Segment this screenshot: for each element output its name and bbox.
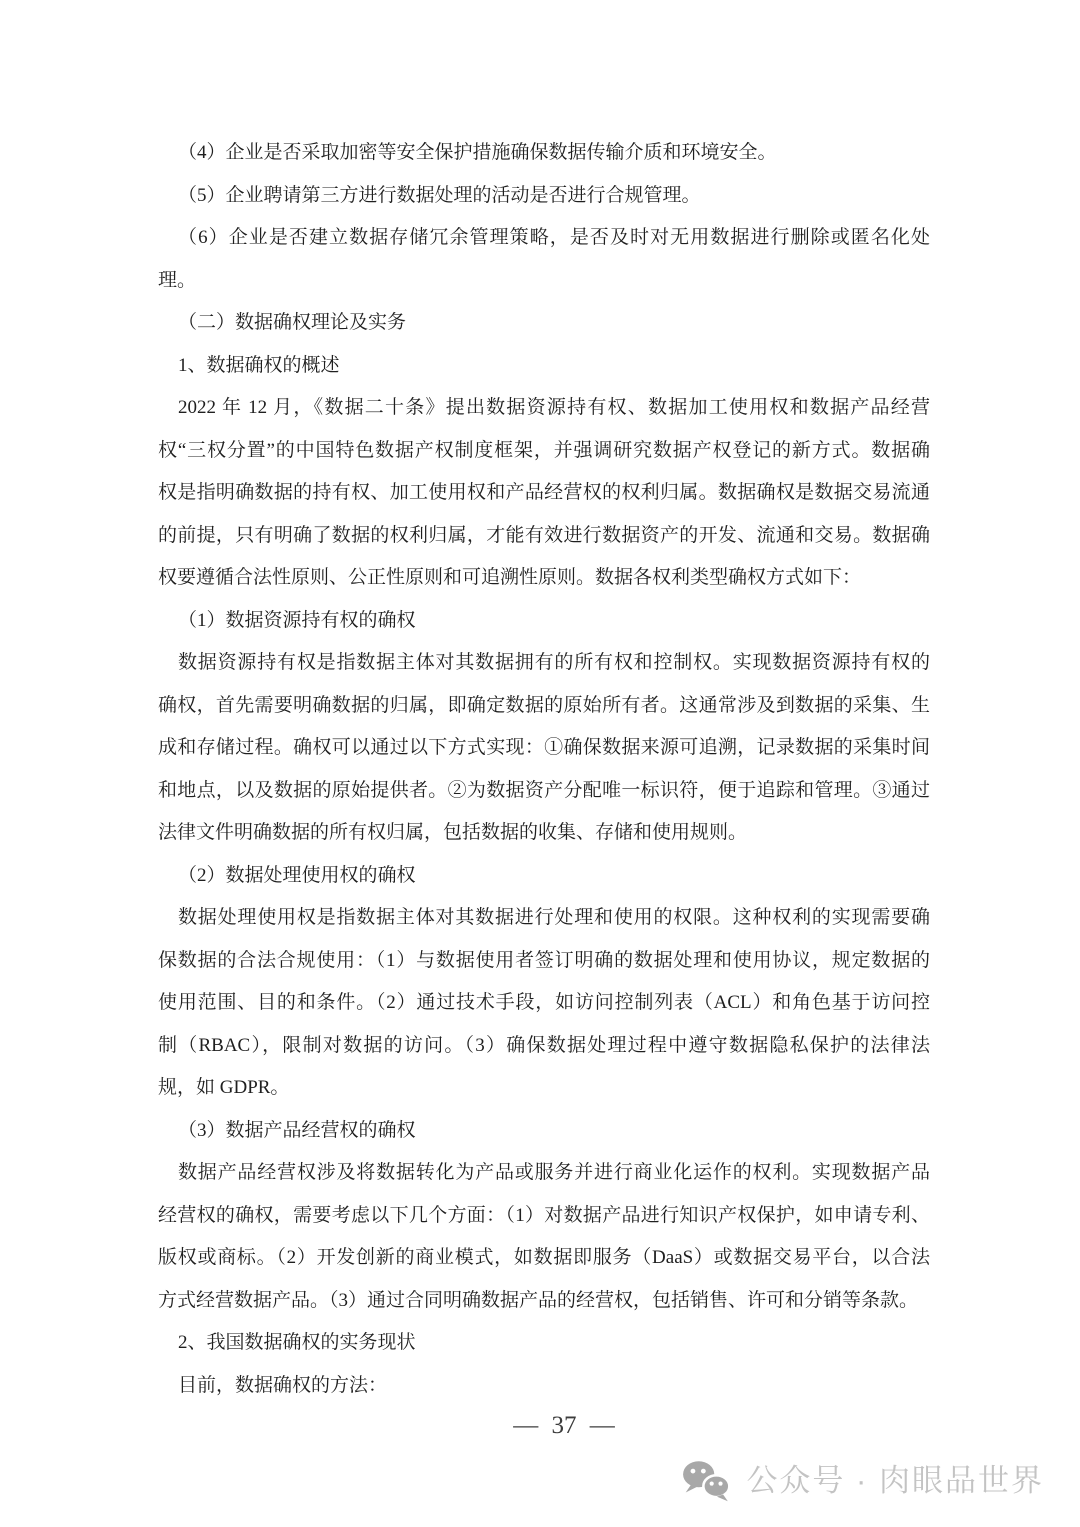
text-line: 保数据的合法合规使用：（1）与数据使用者签订明确的数据处理和使用协议，规定数据的 bbox=[158, 940, 930, 983]
text-line: （6）企业是否建立数据存储冗余管理策略，是否及时对无用数据进行删除或匿名化处 bbox=[158, 217, 930, 260]
text-line: 2022 年 12 月，《数据二十条》提出数据资源持有权、数据加工使用权和数据产… bbox=[158, 387, 930, 430]
watermark-text: 公众号 · 肉眼品世界 bbox=[746, 1459, 1044, 1503]
text-line: （二）数据确权理论及实务 bbox=[158, 302, 930, 345]
text-line: 权“三权分置”的中国特色数据产权制度框架，并强调研究数据产权登记的新方式。数据确 bbox=[158, 430, 930, 473]
text-line: （2）数据处理使用权的确权 bbox=[158, 855, 930, 898]
text-line: （5）企业聘请第三方进行数据处理的活动是否进行合规管理。 bbox=[158, 175, 930, 218]
text-line: 数据处理使用权是指数据主体对其数据进行处理和使用的权限。这种权利的实现需要确 bbox=[158, 897, 930, 940]
text-line: 的前提，只有明确了数据的权利归属，才能有效进行数据资产的开发、流通和交易。数据确 bbox=[158, 515, 930, 558]
text-line: 权是指明确数据的持有权、加工使用权和产品经营权的权利归属。数据确权是数据交易流通 bbox=[158, 472, 930, 515]
text-line: 版权或商标。（2）开发创新的商业模式，如数据即服务（DaaS）或数据交易平台，以… bbox=[158, 1237, 930, 1280]
text-line: 经营权的确权，需要考虑以下几个方面：（1）对数据产品进行知识产权保护，如申请专利… bbox=[158, 1195, 930, 1238]
text-line: （4）企业是否采取加密等安全保护措施确保数据传输介质和环境安全。 bbox=[158, 132, 930, 175]
text-line: 制（RBAC），限制对数据的访问。（3）确保数据处理过程中遵守数据隐私保护的法律… bbox=[158, 1025, 930, 1068]
text-line: 权要遵循合法性原则、公正性原则和可追溯性原则。数据各权利类型确权方式如下： bbox=[158, 557, 930, 600]
text-line: 目前，数据确权的方法： bbox=[158, 1365, 930, 1408]
text-line: 确权，首先需要明确数据的归属，即确定数据的原始所有者。这通常涉及到数据的采集、生 bbox=[158, 685, 930, 728]
wechat-icon bbox=[681, 1459, 733, 1503]
text-line: 数据产品经营权涉及将数据转化为产品或服务并进行商业化运作的权利。实现数据产品 bbox=[158, 1152, 930, 1195]
text-line: 2、我国数据确权的实务现状 bbox=[158, 1322, 930, 1365]
text-line: 理。 bbox=[158, 260, 930, 303]
page-number: — 37 — bbox=[178, 1405, 950, 1448]
text-line: 成和存储过程。确权可以通过以下方式实现：①确保数据来源可追溯，记录数据的采集时间 bbox=[158, 727, 930, 770]
text-line: （1）数据资源持有权的确权 bbox=[158, 600, 930, 643]
text-line: 使用范围、目的和条件。（2）通过技术手段，如访问控制列表（ACL）和角色基于访问… bbox=[158, 982, 930, 1025]
watermark: 公众号 · 肉眼品世界 bbox=[681, 1459, 1044, 1503]
text-line: 和地点，以及数据的原始提供者。②为数据资产分配唯一标识符，便于追踪和管理。③通过 bbox=[158, 770, 930, 813]
text-line: 规，如 GDPR。 bbox=[158, 1067, 930, 1110]
text-line: 数据资源持有权是指数据主体对其数据拥有的所有权和控制权。实现数据资源持有权的 bbox=[158, 642, 930, 685]
text-line: 方式经营数据产品。（3）通过合同明确数据产品的经营权，包括销售、许可和分销等条款… bbox=[158, 1280, 930, 1323]
text-line: （3）数据产品经营权的确权 bbox=[158, 1110, 930, 1153]
text-line: 1、数据确权的概述 bbox=[158, 345, 930, 388]
document-page: （4）企业是否采取加密等安全保护措施确保数据传输介质和环境安全。（5）企业聘请第… bbox=[0, 0, 1080, 1527]
text-line: 法律文件明确数据的所有权归属，包括数据的收集、存储和使用规则。 bbox=[158, 812, 930, 855]
document-lines: （4）企业是否采取加密等安全保护措施确保数据传输介质和环境安全。（5）企业聘请第… bbox=[158, 132, 930, 1407]
